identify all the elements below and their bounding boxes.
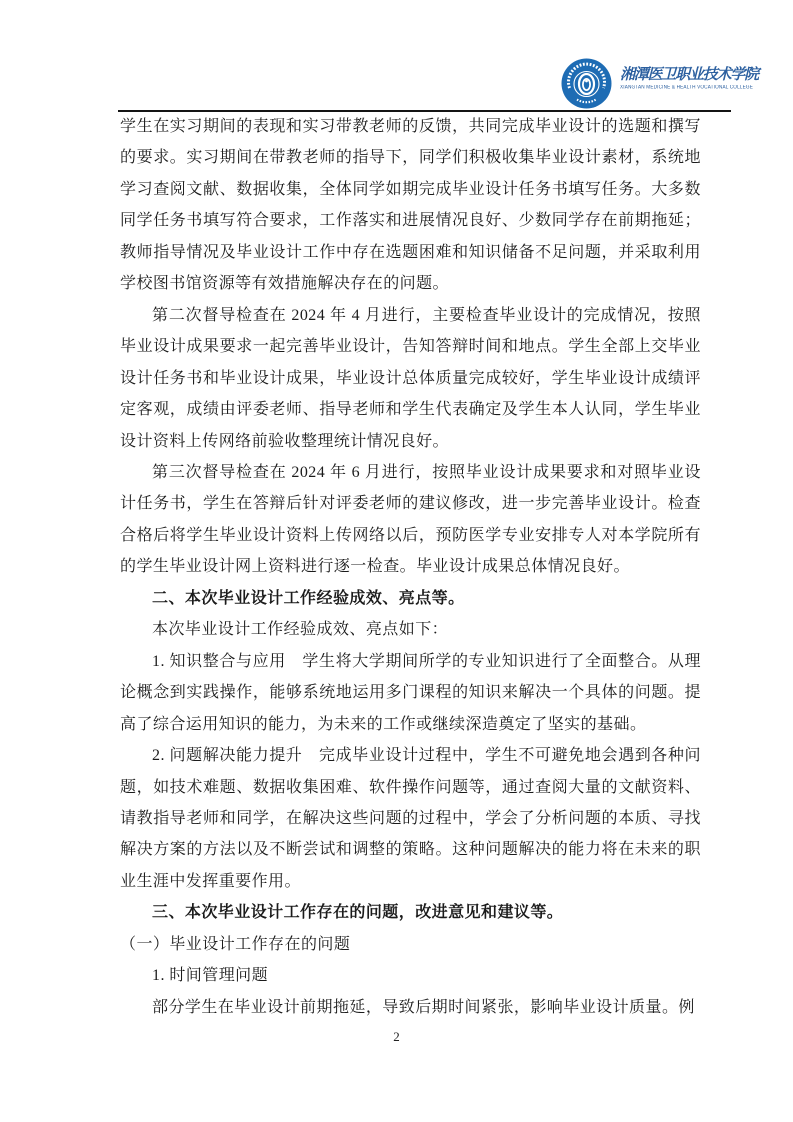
header-logo: 湘潭医卫职业技术学院 XIANGTAN MEDICINE & HEALTH VO… xyxy=(561,58,790,109)
college-name-en: XIANGTAN MEDICINE & HEALTH VOCATIONAL CO… xyxy=(620,85,753,90)
body-paragraph: 部分学生在毕业设计前期拖延，导致后期时间紧张，影响毕业设计质量。例 xyxy=(120,992,701,1023)
sub-heading: （一）毕业设计工作存在的问题 xyxy=(120,929,701,960)
body-paragraph: 第二次督导检查在 2024 年 4 月进行，主要检查毕业设计的完成情况，按照毕业… xyxy=(120,300,701,457)
document-body: 学生在实习期间的表现和实习带教老师的反馈，共同完成毕业设计的选题和撰写的要求。实… xyxy=(120,111,701,1023)
document-page: 湘潭医卫职业技术学院 XIANGTAN MEDICINE & HEALTH VO… xyxy=(0,0,793,1122)
body-paragraph: 2. 问题解决能力提升 完成毕业设计过程中，学生不可避免地会遇到各种问题，如技术… xyxy=(120,740,701,897)
body-paragraph: 1. 知识整合与应用 学生将大学期间所学的专业知识进行了全面整合。从理论概念到实… xyxy=(120,646,701,740)
section-heading-3: 三、本次毕业设计工作存在的问题，改进意见和建议等。 xyxy=(120,897,701,928)
section-heading-2: 二、本次毕业设计工作经验成效、亮点等。 xyxy=(120,583,701,614)
college-name-block: 湘潭医卫职业技术学院 XIANGTAN MEDICINE & HEALTH VO… xyxy=(620,58,790,91)
body-paragraph: 第三次督导检查在 2024 年 6 月进行，按照毕业设计成果要求和对照毕业设计任… xyxy=(120,457,701,583)
college-emblem-icon xyxy=(561,58,612,109)
sub-heading: 1. 时间管理问题 xyxy=(120,960,701,991)
college-name-zh: 湘潭医卫职业技术学院 xyxy=(620,66,790,84)
body-paragraph: 本次毕业设计工作经验成效、亮点如下： xyxy=(120,614,701,645)
body-paragraph: 学生在实习期间的表现和实习带教老师的反馈，共同完成毕业设计的选题和撰写的要求。实… xyxy=(120,111,701,300)
page-number: 2 xyxy=(0,1029,793,1045)
